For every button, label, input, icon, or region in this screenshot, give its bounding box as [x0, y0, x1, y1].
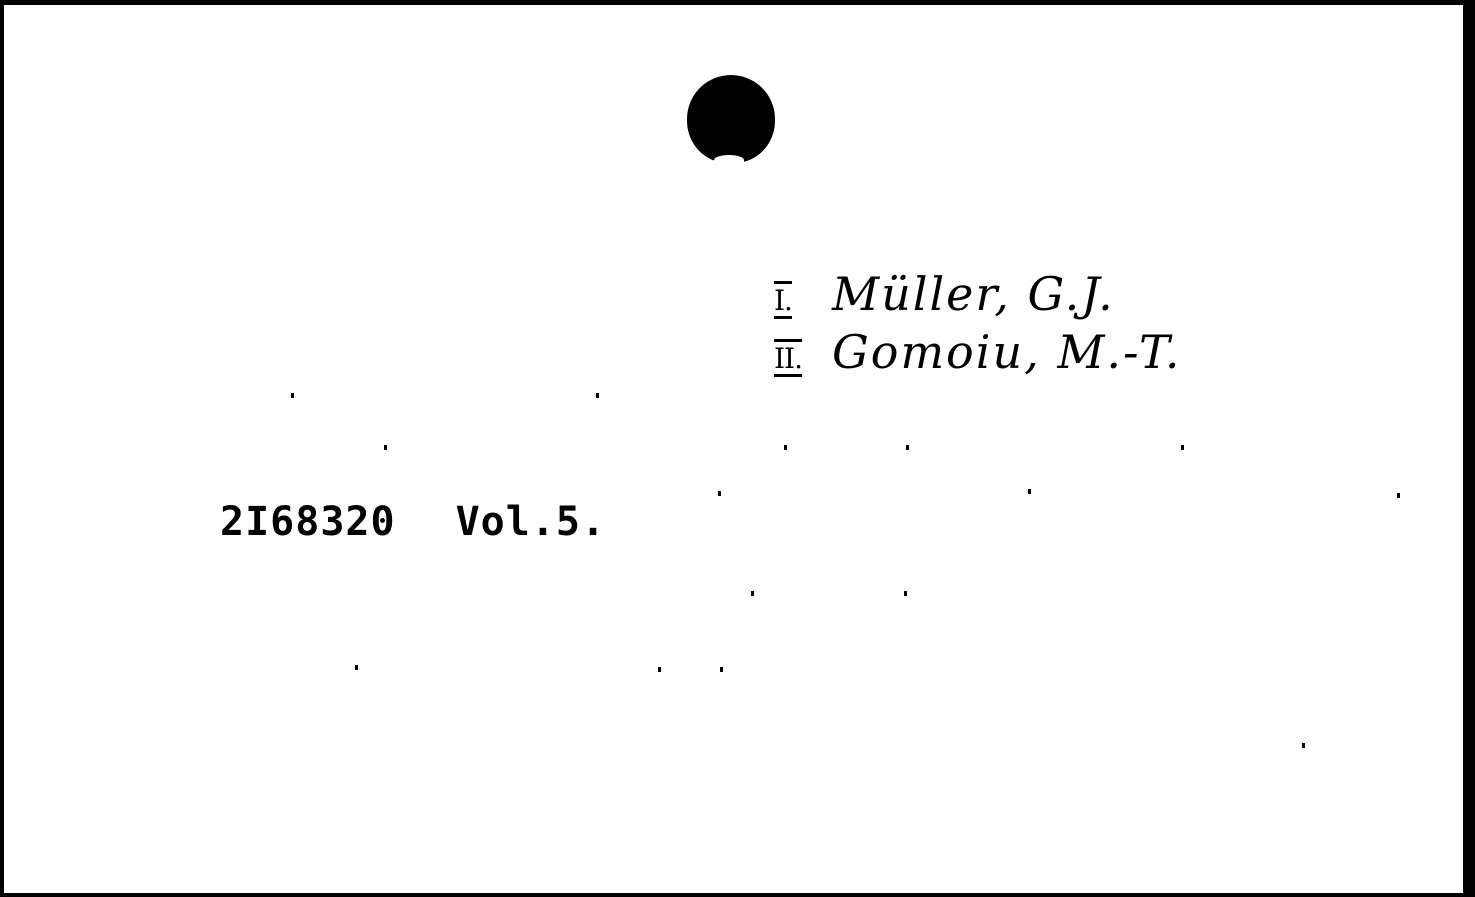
entry-numeral: I. [774, 284, 832, 317]
added-entry: I. Müller, G.J. [774, 267, 1182, 325]
ink-speck [904, 591, 907, 596]
ink-speck [720, 667, 723, 672]
ink-speck [384, 445, 387, 450]
ink-speck [906, 445, 909, 450]
entry-name: Müller, G.J. [832, 267, 1115, 321]
call-number: 2I68320 Vol.5. [220, 499, 606, 545]
ink-speck [1028, 489, 1031, 494]
ink-speck [718, 491, 721, 496]
accession-number: 2I68320 [220, 499, 396, 545]
ink-speck [751, 591, 754, 596]
catalog-card: I. Müller, G.J. II. Gomoiu, M.-T. 2I6832… [4, 4, 1463, 893]
punch-hole-notch [714, 155, 744, 165]
ink-speck [1397, 493, 1400, 498]
added-entry: II. Gomoiu, M.-T. [774, 325, 1182, 383]
ink-speck [658, 667, 661, 672]
ink-speck [596, 393, 599, 398]
ink-speck [1181, 445, 1184, 450]
volume-number: Vol.5. [456, 499, 607, 545]
added-entries: I. Müller, G.J. II. Gomoiu, M.-T. [774, 267, 1182, 383]
punch-hole [687, 75, 775, 163]
entry-numeral: II. [774, 342, 832, 375]
ink-speck [784, 445, 787, 450]
ink-speck [1302, 743, 1305, 748]
entry-name: Gomoiu, M.-T. [832, 325, 1182, 379]
ink-speck [291, 393, 294, 398]
ink-speck [355, 665, 358, 670]
